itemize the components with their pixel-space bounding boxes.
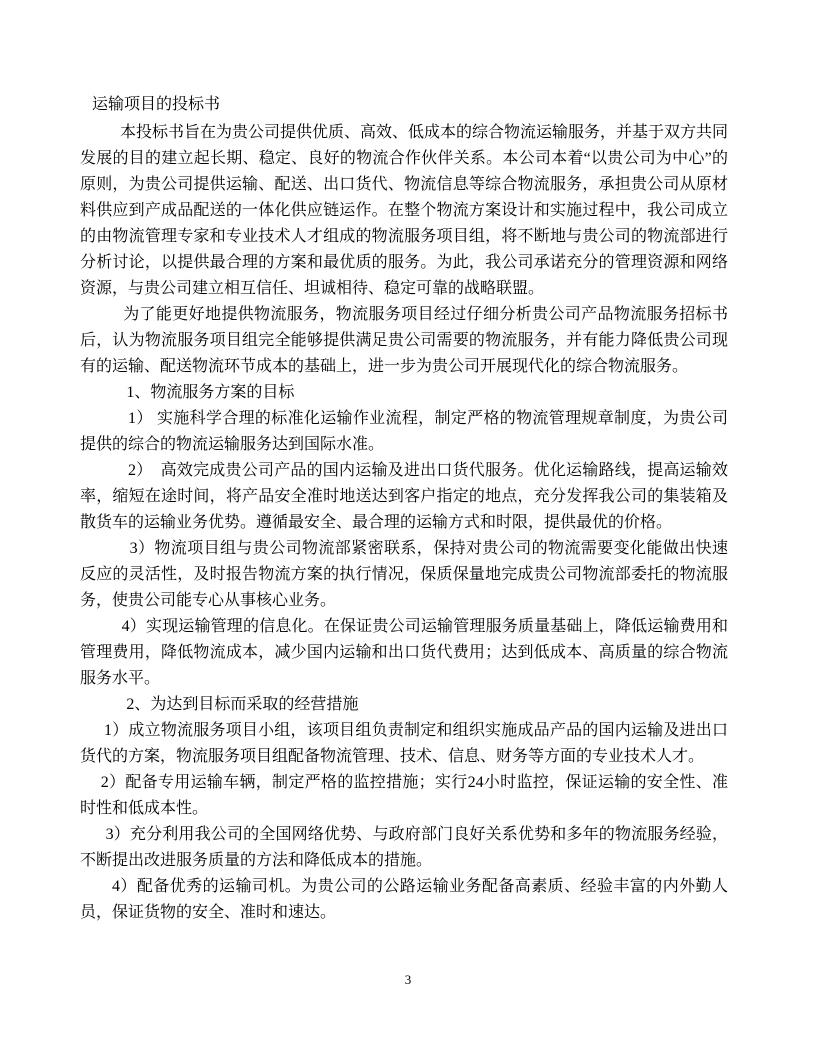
section-1-item-2: 2） 高效完成贵公司产品的国内运输及进出口货代服务。优化运输路线，提高运输效率，… — [80, 458, 728, 536]
section-2-item-2: 2）配备专用运输车辆，制定严格的监控措施；实行24小时监控，保证运输的安全性、准… — [80, 770, 728, 822]
section-1-item-3: 3）物流项目组与贵公司物流部紧密联系，保持对贵公司的物流需要变化能做出快速反应的… — [80, 536, 728, 614]
document-body: 运输项目的投标书 本投标书旨在为贵公司提供优质、高效、低成本的综合物流运输服务，… — [80, 92, 728, 926]
paragraph-intro: 本投标书旨在为贵公司提供优质、高效、低成本的综合物流运输服务，并基于双方共同发展… — [80, 120, 728, 302]
section-1-heading: 1、物流服务方案的目标 — [80, 380, 728, 406]
section-1-item-4: 4）实现运输管理的信息化。在保证贵公司运输管理服务质量基础上，降低运输费用和管理… — [80, 614, 728, 692]
section-2-item-3: 3）充分利用我公司的全国网络优势、与政府部门良好关系优势和多年的物流服务经验，不… — [80, 822, 728, 874]
page-number: 3 — [405, 972, 412, 987]
section-2-item-1: 1）成立物流服务项目小组，该项目组负责制定和组织实施成品产品的国内运输及进出口货… — [80, 718, 728, 770]
document-title: 运输项目的投标书 — [80, 92, 728, 118]
section-2-item-4: 4）配备优秀的运输司机。为贵公司的公路运输业务配备高素质、经验丰富的内外勤人员，… — [80, 874, 728, 926]
section-1-item-1: 1） 实施科学合理的标准化运输作业流程，制定严格的物流管理规章制度，为贵公司提供… — [80, 406, 728, 458]
page-footer: 3 — [0, 972, 816, 988]
section-2-heading: 2、为达到目标而采取的经营措施 — [80, 692, 728, 718]
paragraph-overview: 为了能更好地提供物流服务，物流服务项目经过仔细分析贵公司产品物流服务招标书后，认… — [80, 302, 728, 380]
document-page: 运输项目的投标书 本投标书旨在为贵公司提供优质、高效、低成本的综合物流运输服务，… — [0, 0, 816, 1056]
